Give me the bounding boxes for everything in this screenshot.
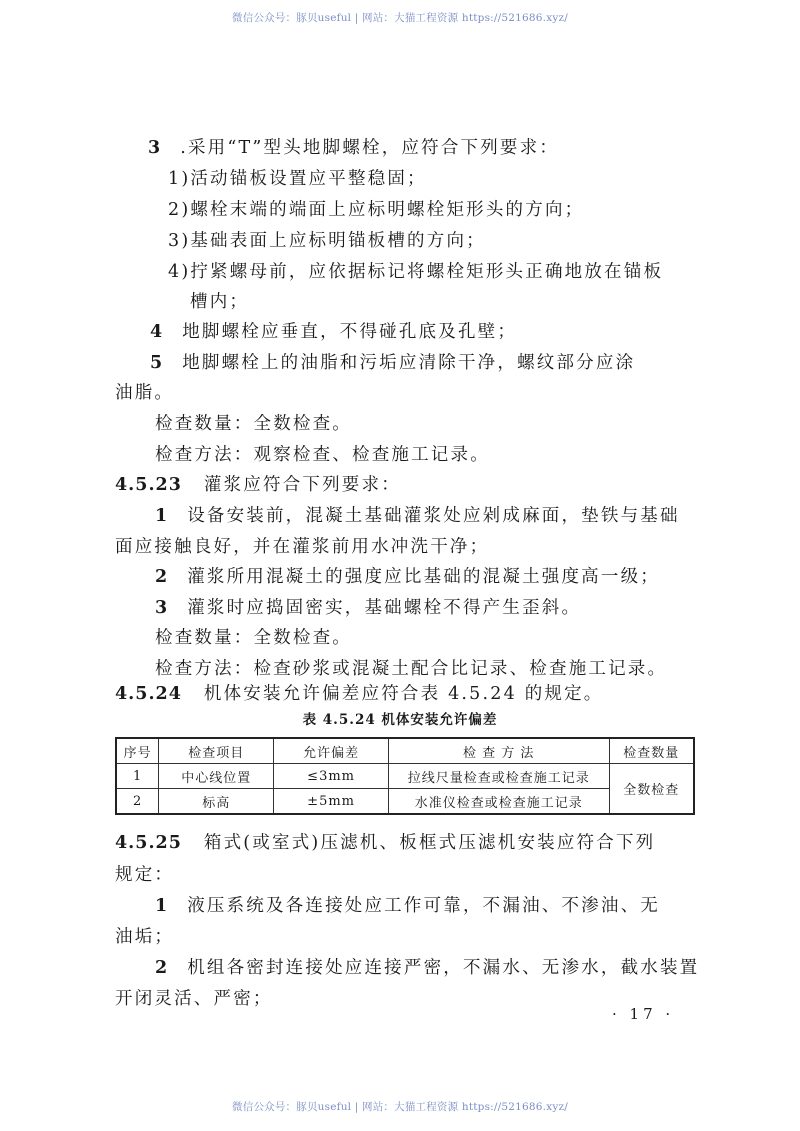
table-row: 1 中心线位置 ≤3mm 拉线尺量检查或检查施工记录 全数检查: [116, 764, 694, 789]
section-number: 4.5.24: [115, 684, 182, 704]
section-number: 4.5.23: [115, 475, 182, 495]
grout-item-2: 2灌浆所用混凝土的强度应比基础的混凝土强度高一级；: [155, 566, 660, 588]
filter-item-2: 2机组各密封连接处应连接严密，不漏水、无渗水，截水装置: [155, 957, 699, 979]
grout-item-1: 1设备安装前，混凝土基础灌浆处应剁成麻面，垫铁与基础: [155, 505, 680, 527]
header-cell: 检查数量: [609, 738, 694, 764]
table-cell: 拉线尺量检查或检查施工记录: [388, 764, 609, 789]
table-cell: 2: [116, 789, 159, 815]
clause-5: 5地脚螺栓上的油脂和污垢应清除干净，螺纹部分应涂: [150, 352, 635, 374]
grout-item-1-cont: 面应接触良好，并在灌浆前用水冲洗干净；: [115, 536, 489, 558]
table-cell: 标高: [159, 789, 274, 815]
header-cell: 检 查 方 法: [388, 738, 609, 764]
section-4-5-23: 4.5.23灌浆应符合下列要求：: [115, 474, 401, 496]
sub-item-3: 3)基础表面上应标明锚板槽的方向；: [168, 230, 486, 252]
inspection-method-1: 检查方法：观察检查、检查施工记录。: [155, 444, 490, 466]
watermark-top: 微信公众号：豚贝useful | 网站：大猫工程资源 https://52168…: [0, 10, 800, 25]
clause-5-cont: 油脂。: [115, 382, 174, 404]
header-cell: 序号: [116, 738, 159, 764]
header-cell: 允许偏差: [274, 738, 389, 764]
item-number: 3: [148, 138, 160, 158]
tolerance-table: 序号 检查项目 允许偏差 检 查 方 法 检查数量 1 中心线位置 ≤3mm 拉…: [115, 737, 695, 815]
table-cell: 中心线位置: [159, 764, 274, 789]
grout-item-3: 3灌浆时应捣固密实，基础螺栓不得产生歪斜。: [155, 597, 581, 619]
table-header-row: 序号 检查项目 允许偏差 检 查 方 法 检查数量: [116, 738, 694, 764]
header-cell: 检查项目: [159, 738, 274, 764]
section-4-5-24: 4.5.24机体安装允许偏差应符合表 4.5.24 的规定。: [115, 683, 604, 705]
sub-item-4: 4)拧紧螺母前，应依据标记将螺栓矩形头正确地放在锚板: [168, 261, 663, 283]
filter-item-2-cont: 开闭灵活、严密；: [115, 988, 273, 1010]
page-number: · 17 ·: [612, 1005, 674, 1023]
table-cell: ≤3mm: [274, 764, 389, 789]
sub-item-2: 2)螺栓末端的端面上应标明螺栓矩形头的方向；: [168, 199, 584, 221]
clause-3-heading: 3.采用“T”型头地脚螺栓，应符合下列要求：: [148, 137, 559, 159]
clause-4: 4地脚螺栓应垂直，不得碰孔底及孔壁；: [150, 321, 517, 343]
table-caption: 表 4.5.24 机体安装允许偏差: [0, 708, 800, 728]
inspection-method-2: 检查方法：检查砂浆或混凝土配合比记录、检查施工记录。: [155, 658, 667, 680]
table-row: 2 标高 ±5mm 水准仪检查或检查施工记录: [116, 789, 694, 815]
inspection-quantity-2: 检查数量：全数检查。: [155, 627, 352, 649]
sub-item-1: 1)活动锚板设置应平整稳固；: [168, 168, 427, 190]
section-number: 4.5.25: [115, 833, 182, 853]
table-cell: 水准仪检查或检查施工记录: [388, 789, 609, 815]
filter-item-1: 1液压系统及各连接处应工作可靠，不漏油、不渗油、无: [155, 895, 660, 917]
inspection-quantity-1: 检查数量：全数检查。: [155, 413, 352, 435]
section-4-5-25: 4.5.25箱式(或室式)压滤机、板框式压滤机安装应符合下列: [115, 832, 655, 854]
table-cell: 1: [116, 764, 159, 789]
table-cell-merged: 全数检查: [609, 764, 694, 815]
table-cell: ±5mm: [274, 789, 389, 815]
filter-item-1-cont: 油垢；: [115, 926, 174, 948]
sub-item-4-cont: 槽内；: [190, 291, 249, 313]
section-4-5-25-cont: 规定：: [115, 864, 174, 886]
watermark-bottom: 微信公众号：豚贝useful | 网站：大猫工程资源 https://52168…: [0, 1099, 800, 1114]
